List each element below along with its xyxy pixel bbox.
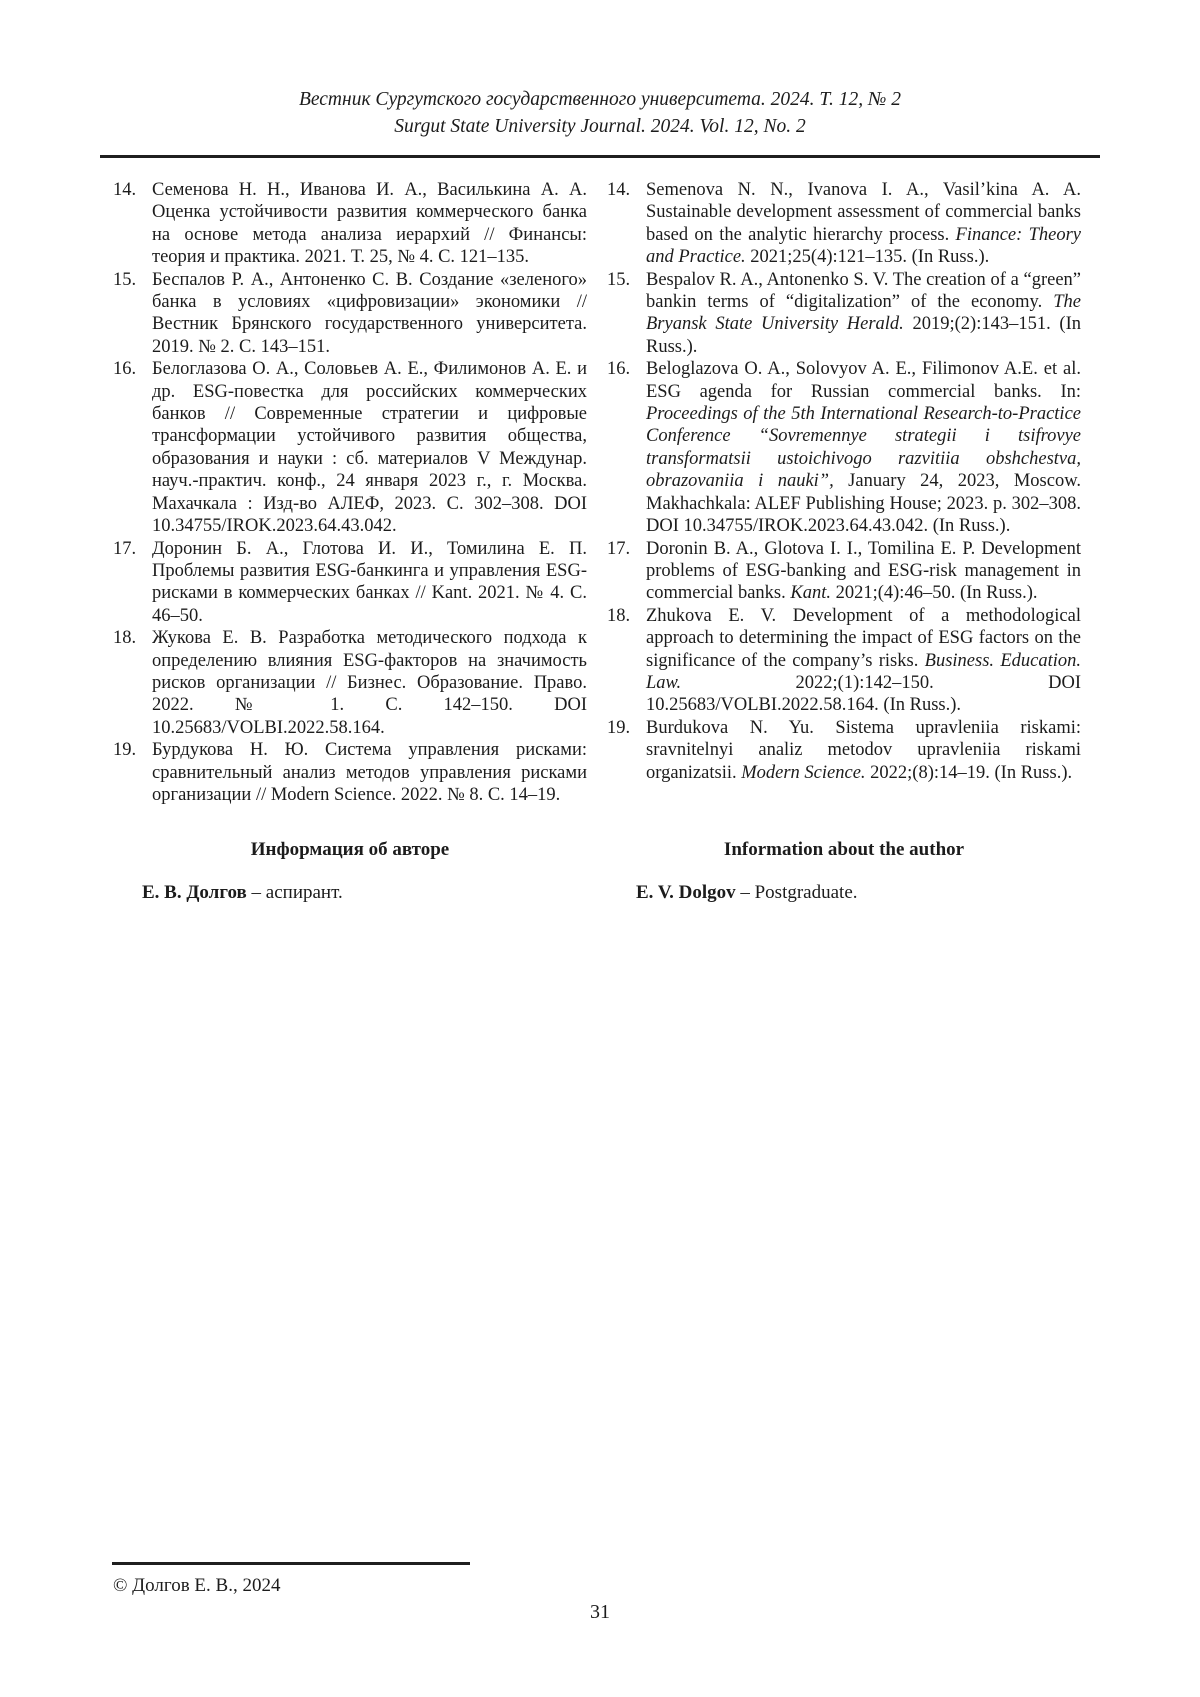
references-list-russian: 14.Семенова Н. Н., Иванова И. А., Василь… bbox=[113, 179, 587, 806]
reference-item: 14.Semenova N. N., Ivanova I. A., Vasil’… bbox=[607, 179, 1081, 269]
journal-title-russian: Вестник Сургутского государственного уни… bbox=[0, 86, 1200, 113]
reference-number: 14. bbox=[607, 179, 646, 269]
reference-number: 19. bbox=[113, 739, 152, 806]
author-info-section: Информация об авторе Е. В. Долгов – аспи… bbox=[113, 838, 1081, 905]
reference-item: 19.Бурдукова Н. Ю. Система управления ри… bbox=[113, 739, 587, 806]
reference-number: 16. bbox=[113, 358, 152, 537]
author-info-heading-russian: Информация об авторе bbox=[113, 838, 587, 862]
author-line-english: E. V. Dolgov – Postgraduate. bbox=[607, 881, 1081, 905]
reference-item: 14.Семенова Н. Н., Иванова И. А., Василь… bbox=[113, 179, 587, 269]
running-head: Вестник Сургутского государственного уни… bbox=[0, 0, 1200, 140]
references-section: 14.Семенова Н. Н., Иванова И. А., Василь… bbox=[113, 179, 1081, 806]
reference-number: 18. bbox=[607, 605, 646, 717]
reference-text: Semenova N. N., Ivanova I. A., Vasil’kin… bbox=[646, 179, 1081, 269]
reference-text: Жукова Е. В. Разработка методического по… bbox=[152, 627, 587, 739]
reference-text: Семенова Н. Н., Иванова И. А., Василькин… bbox=[152, 179, 587, 269]
reference-number: 17. bbox=[607, 538, 646, 605]
reference-item: 18.Жукова Е. В. Разработка методического… bbox=[113, 627, 587, 739]
author-name-english: E. V. Dolgov bbox=[636, 882, 736, 903]
reference-text: Zhukova E. V. Development of a methodolo… bbox=[646, 605, 1081, 717]
reference-item: 19.Burdukova N. Yu. Sistema upravleniia … bbox=[607, 717, 1081, 784]
reference-number: 17. bbox=[113, 538, 152, 628]
reference-number: 14. bbox=[113, 179, 152, 269]
reference-text: Bespalov R. A., Antonenko S. V. The crea… bbox=[646, 269, 1081, 359]
reference-item: 15.Bespalov R. A., Antonenko S. V. The c… bbox=[607, 269, 1081, 359]
reference-item: 15.Беспалов Р. А., Антоненко С. В. Созда… bbox=[113, 269, 587, 359]
author-role-english: – Postgraduate. bbox=[736, 882, 858, 903]
reference-item: 17.Doronin B. A., Glotova I. I., Tomilin… bbox=[607, 538, 1081, 605]
page-number: 31 bbox=[0, 1600, 1200, 1624]
journal-title-english: Surgut State University Journal. 2024. V… bbox=[0, 113, 1200, 140]
reference-item: 18.Zhukova E. V. Development of a method… bbox=[607, 605, 1081, 717]
reference-item: 16.Белоглазова О. А., Соловьев А. Е., Фи… bbox=[113, 358, 587, 537]
reference-item: 17.Доронин Б. А., Глотова И. И., Томилин… bbox=[113, 538, 587, 628]
reference-text: Burdukova N. Yu. Sistema upravleniia ris… bbox=[646, 717, 1081, 784]
reference-text: Доронин Б. А., Глотова И. И., Томилина Е… bbox=[152, 538, 587, 628]
reference-number: 16. bbox=[607, 358, 646, 537]
references-list-english: 14.Semenova N. N., Ivanova I. A., Vasil’… bbox=[607, 179, 1081, 806]
reference-number: 15. bbox=[607, 269, 646, 359]
author-info-heading-english: Information about the author bbox=[607, 838, 1081, 862]
copyright-line: © Долгов Е. В., 2024 bbox=[113, 1574, 280, 1598]
author-info-english: Information about the author E. V. Dolgo… bbox=[607, 838, 1081, 905]
reference-number: 18. bbox=[113, 627, 152, 739]
author-role-russian: – аспирант. bbox=[247, 882, 343, 903]
author-name-russian: Е. В. Долгов bbox=[142, 882, 247, 903]
author-info-russian: Информация об авторе Е. В. Долгов – аспи… bbox=[113, 838, 587, 905]
reference-text: Бурдукова Н. Ю. Система управления риска… bbox=[152, 739, 587, 806]
reference-number: 19. bbox=[607, 717, 646, 784]
header-rule bbox=[100, 155, 1100, 158]
footnote-rule bbox=[112, 1562, 470, 1565]
reference-text: Белоглазова О. А., Соловьев А. Е., Филим… bbox=[152, 358, 587, 537]
reference-item: 16.Beloglazova O. A., Solovyov A. E., Fi… bbox=[607, 358, 1081, 537]
author-line-russian: Е. В. Долгов – аспирант. bbox=[113, 881, 587, 905]
reference-text: Беспалов Р. А., Антоненко С. В. Создание… bbox=[152, 269, 587, 359]
journal-page: Вестник Сургутского государственного уни… bbox=[0, 0, 1200, 1697]
reference-number: 15. bbox=[113, 269, 152, 359]
reference-text: Doronin B. A., Glotova I. I., Tomilina E… bbox=[646, 538, 1081, 605]
reference-text: Beloglazova O. A., Solovyov A. E., Filim… bbox=[646, 358, 1081, 537]
